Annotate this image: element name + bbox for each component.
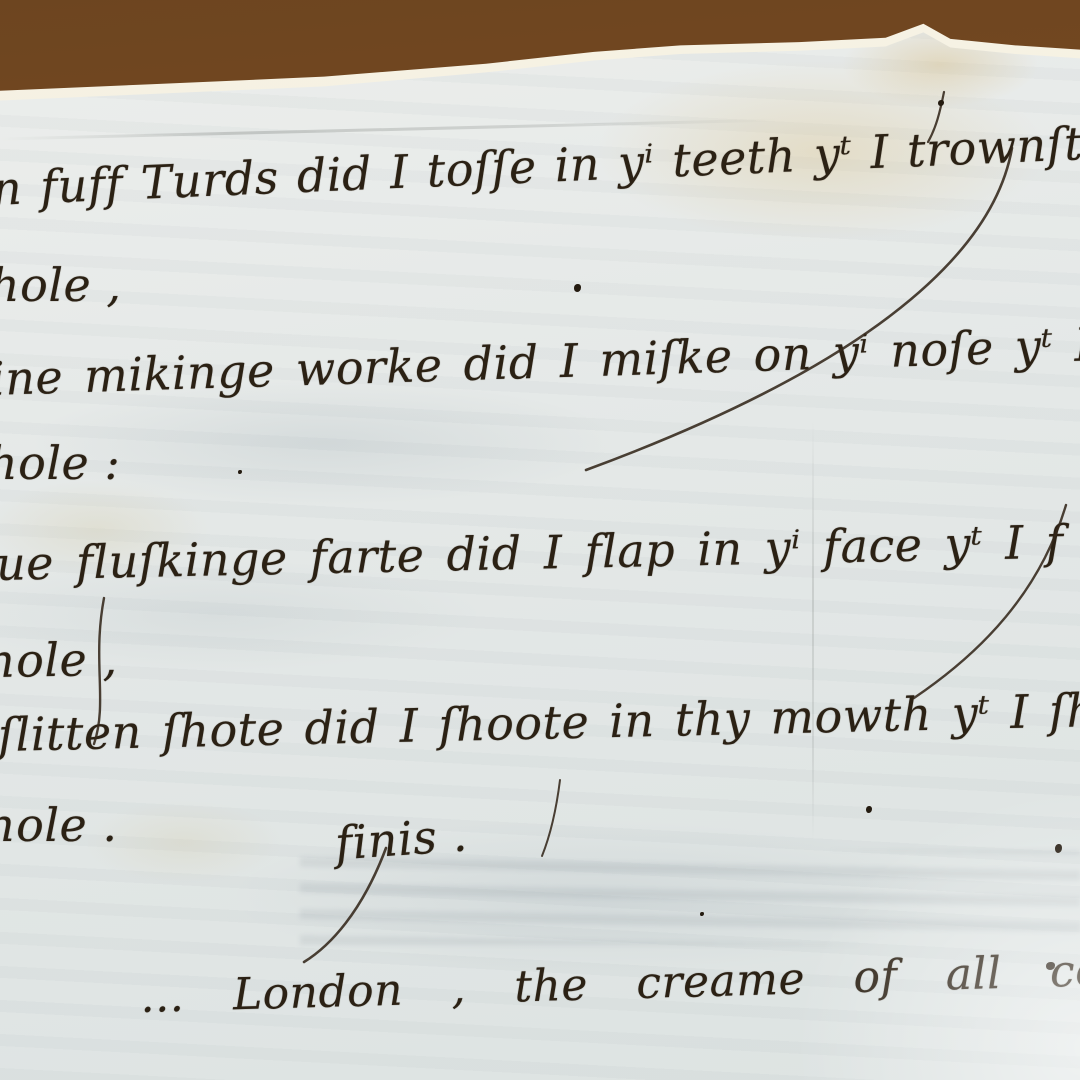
manuscript-page: n fuff Turds did I toſſe in yⁱ teeth yᵗ … xyxy=(0,0,1080,1080)
manuscript-photo: n fuff Turds did I toſſe in yⁱ teeth yᵗ … xyxy=(0,0,1080,1080)
ink-speck xyxy=(866,806,872,813)
manuscript-footer-line: … London , the creame of all cont xyxy=(139,944,1080,1023)
manuscript-line: ine mikinge worke did I miſke on yⁱ noſe… xyxy=(0,315,1080,406)
finis-colophon: finis . xyxy=(333,807,469,870)
manuscript-line: ſlitten ſhote did I ſhoote in thy mowth … xyxy=(0,682,1080,762)
ink-speck xyxy=(938,100,944,106)
manuscript-line: hole : xyxy=(0,436,120,490)
ink-flourish xyxy=(542,780,560,856)
manuscript-line: n fuff Turds did I toſſe in yⁱ teeth yᵗ … xyxy=(0,116,1080,216)
ink-flourish xyxy=(586,148,1012,470)
manuscript-line: hole . xyxy=(0,798,118,852)
manuscript-line: hole , xyxy=(0,632,118,688)
paper-crease xyxy=(812,420,814,840)
ink-speck xyxy=(574,284,581,292)
manuscript-line: hole , xyxy=(0,258,122,312)
ink-speck xyxy=(238,470,242,474)
manuscript-line: ue fluſkinge farte did I flap in yⁱ face… xyxy=(0,515,1064,591)
